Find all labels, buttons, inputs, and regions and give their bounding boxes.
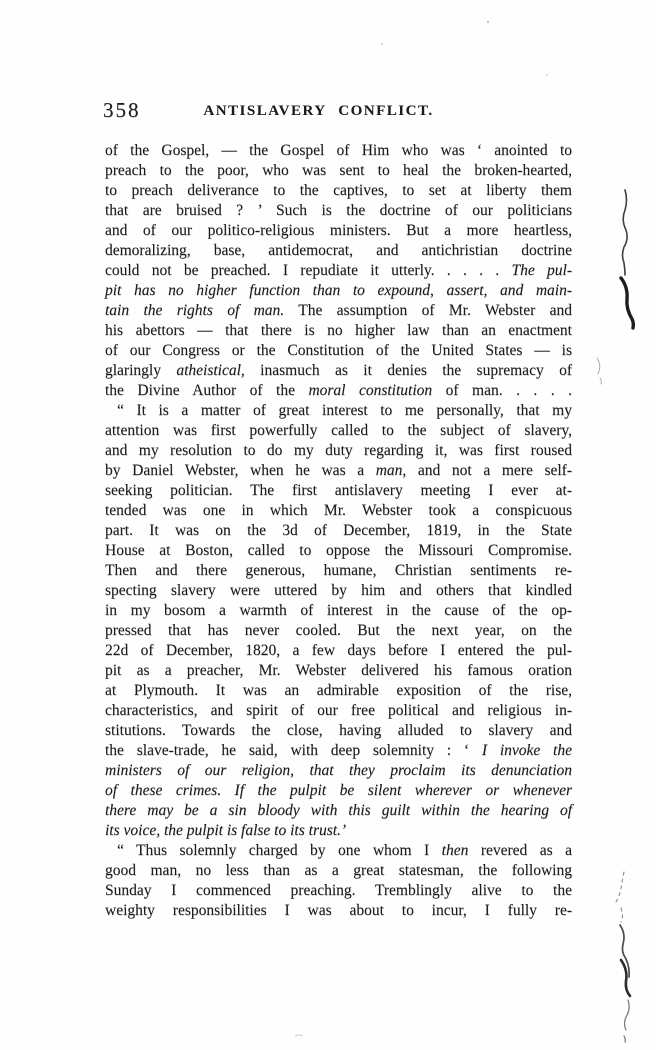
text-segment: by Daniel Webster, when he was a bbox=[105, 462, 376, 479]
text-segment: glaringly bbox=[105, 362, 176, 379]
text-segment: could not be preached. I repudiate it ut… bbox=[105, 262, 511, 279]
text-segment: his abettors — that there is no higher l… bbox=[105, 322, 572, 339]
text-line: there may be a sin bloody with this guil… bbox=[105, 801, 572, 821]
text-segment: seeking politician. The first antislaver… bbox=[105, 482, 572, 499]
running-header-title: ANTISLAVERY CONFLICT. bbox=[85, 103, 552, 120]
text-line: pit as a preacher, Mr. Webster delivered… bbox=[105, 661, 572, 681]
text-line: and of our politico-religious ministers.… bbox=[105, 221, 572, 241]
ink-mark-upper bbox=[623, 190, 628, 275]
text-segment: specting slavery were uttered by him and… bbox=[105, 582, 572, 599]
scan-speck bbox=[381, 43, 383, 45]
text-segment: stitutions. Towards the close, having al… bbox=[105, 722, 572, 739]
text-segment: attention was first powerfully called to… bbox=[105, 422, 572, 439]
text-line: to preach deliverance to the captives, t… bbox=[105, 181, 572, 201]
text-segment: , inasmuch as it denies the supremacy of bbox=[241, 362, 572, 379]
italic-text-segment: atheistical bbox=[176, 362, 241, 379]
text-line: that are bruised ? ’ Such is the doctrin… bbox=[105, 201, 572, 221]
text-line: in my bosom a warmth of interest in the … bbox=[105, 601, 572, 621]
text-line: characteristics, and spirit of our free … bbox=[105, 701, 572, 721]
italic-text-segment: its voice, the pulpit is false to its tr… bbox=[105, 822, 346, 839]
text-segment: of the Gospel, — the Gospel of Him who w… bbox=[105, 142, 572, 159]
ink-mark-upper-thick bbox=[621, 278, 633, 328]
text-segment: pit as a preacher, Mr. Webster delivered… bbox=[105, 662, 572, 679]
text-segment: tended was one in which Mr. Webster took… bbox=[105, 502, 572, 519]
text-line: of these crimes. If the pulpit be silent… bbox=[105, 781, 572, 801]
ink-mark-lower-thick bbox=[621, 960, 630, 996]
text-line: by Daniel Webster, when he was a man, an… bbox=[105, 461, 572, 481]
text-line: Sunday I commenced preaching. Tremblingl… bbox=[105, 881, 572, 901]
text-segment: Sunday I commenced preaching. Tremblingl… bbox=[105, 882, 572, 899]
italic-text-segment: of these crimes. If the pulpit be silent… bbox=[105, 782, 572, 799]
text-segment: to preach deliverance to the captives, t… bbox=[105, 182, 572, 199]
scan-speck-bottom bbox=[295, 1035, 303, 1036]
text-line: of the Gospel, — the Gospel of Him who w… bbox=[105, 141, 572, 161]
text-line: glaringly atheistical, inasmuch as it de… bbox=[105, 361, 572, 381]
text-segment: the Divine Author of the bbox=[105, 382, 308, 399]
text-segment: “ It is a matter of great interest to me… bbox=[117, 402, 572, 419]
italic-text-segment: pit has no higher function than to expou… bbox=[105, 282, 572, 299]
text-segment: Then and there generous, humane, Christi… bbox=[105, 562, 572, 579]
text-line: weighty responsibilities I was about to … bbox=[105, 901, 572, 921]
text-segment: weighty responsibilities I was about to … bbox=[105, 902, 572, 919]
scanned-book-page: 358 ANTISLAVERY CONFLICT. of the Gospel,… bbox=[0, 0, 656, 1050]
text-line: “ Thus solemnly charged by one whom I th… bbox=[105, 841, 572, 861]
text-line: pressed that has never cooled. But the n… bbox=[105, 621, 572, 641]
text-line: the slave-trade, he said, with deep sole… bbox=[105, 741, 572, 761]
ink-mark-lower-tail bbox=[624, 1000, 629, 1042]
text-line: tended was one in which Mr. Webster took… bbox=[105, 501, 572, 521]
text-segment: House at Boston, called to oppose the Mi… bbox=[105, 542, 572, 559]
text-segment: and of our politico-religious ministers.… bbox=[105, 222, 572, 239]
text-segment: of man. . . . . bbox=[432, 382, 572, 399]
italic-text-segment: ministers of our religion, that they pro… bbox=[105, 762, 572, 779]
ink-mark-lower bbox=[620, 925, 629, 977]
text-line: House at Boston, called to oppose the Mi… bbox=[105, 541, 572, 561]
text-segment: revered as a bbox=[468, 842, 572, 859]
text-line: and my resolution to do my duty regardin… bbox=[105, 441, 572, 461]
text-segment: in my bosom a warmth of interest in the … bbox=[105, 602, 572, 619]
text-line: Then and there generous, humane, Christi… bbox=[105, 561, 572, 581]
text-segment: good man, no less than as a great states… bbox=[105, 862, 572, 879]
text-segment: , and not a mere self- bbox=[402, 462, 572, 479]
italic-text-segment: I invoke the bbox=[482, 742, 572, 759]
ink-mark-mid bbox=[597, 358, 601, 384]
text-line: his abettors — that there is no higher l… bbox=[105, 321, 572, 341]
text-segment: the slave-trade, he said, with deep sole… bbox=[105, 742, 482, 759]
italic-text-segment: then bbox=[442, 842, 469, 859]
text-segment: “ Thus solemnly charged by one whom I bbox=[117, 842, 442, 859]
italic-text-segment: moral constitution bbox=[308, 382, 432, 399]
text-line: 22d of December, 1820, a few days before… bbox=[105, 641, 572, 661]
text-line: “ It is a matter of great interest to me… bbox=[105, 401, 572, 421]
text-segment: that are bruised ? ’ Such is the doctrin… bbox=[105, 202, 572, 219]
text-line: good man, no less than as a great states… bbox=[105, 861, 572, 881]
text-line: of our Congress or the Constitution of t… bbox=[105, 341, 572, 361]
text-line: could not be preached. I repudiate it ut… bbox=[105, 261, 572, 281]
text-segment: preach to the poor, who was sent to heal… bbox=[105, 162, 572, 179]
text-segment: characteristics, and spirit of our free … bbox=[105, 702, 572, 719]
text-line: pit has no higher function than to expou… bbox=[105, 281, 572, 301]
text-line: specting slavery were uttered by him and… bbox=[105, 581, 572, 601]
text-line: attention was first powerfully called to… bbox=[105, 421, 572, 441]
text-segment: 22d of December, 1820, a few days before… bbox=[105, 642, 572, 659]
text-segment: of our Congress or the Constitution of t… bbox=[105, 342, 572, 359]
text-segment: part. It was on the 3d of December, 1819… bbox=[105, 522, 572, 539]
text-segment: demoralizing, base, antidemocrat, and an… bbox=[105, 242, 572, 259]
italic-text-segment: The pul- bbox=[511, 262, 572, 279]
text-line: demoralizing, base, antidemocrat, and an… bbox=[105, 241, 572, 261]
italic-text-segment: man bbox=[376, 462, 403, 479]
text-line: part. It was on the 3d of December, 1819… bbox=[105, 521, 572, 541]
text-line: its voice, the pulpit is false to its tr… bbox=[105, 821, 572, 841]
ink-mark-lower-faint bbox=[616, 872, 624, 922]
scan-speck bbox=[546, 74, 548, 76]
text-line: ministers of our religion, that they pro… bbox=[105, 761, 572, 781]
italic-text-segment: there may be a sin bloody with this guil… bbox=[105, 802, 572, 819]
italic-text-segment: tain the rights of man. bbox=[105, 302, 284, 319]
text-segment: and my resolution to do my duty regardin… bbox=[105, 442, 572, 459]
text-line: the Divine Author of the moral constitut… bbox=[105, 381, 572, 401]
text-line: stitutions. Towards the close, having al… bbox=[105, 721, 572, 741]
text-segment: The assumption of Mr. Webster and bbox=[284, 302, 572, 319]
scan-speck bbox=[487, 21, 489, 23]
text-segment: pressed that has never cooled. But the n… bbox=[105, 622, 572, 639]
text-line: preach to the poor, who was sent to heal… bbox=[105, 161, 572, 181]
text-line: tain the rights of man. The assumption o… bbox=[105, 301, 572, 321]
text-line: at Plymouth. It was an admirable exposit… bbox=[105, 681, 572, 701]
text-line: seeking politician. The first antislaver… bbox=[105, 481, 572, 501]
page-text: of the Gospel, — the Gospel of Him who w… bbox=[105, 141, 572, 921]
text-segment: at Plymouth. It was an admirable exposit… bbox=[105, 682, 572, 699]
